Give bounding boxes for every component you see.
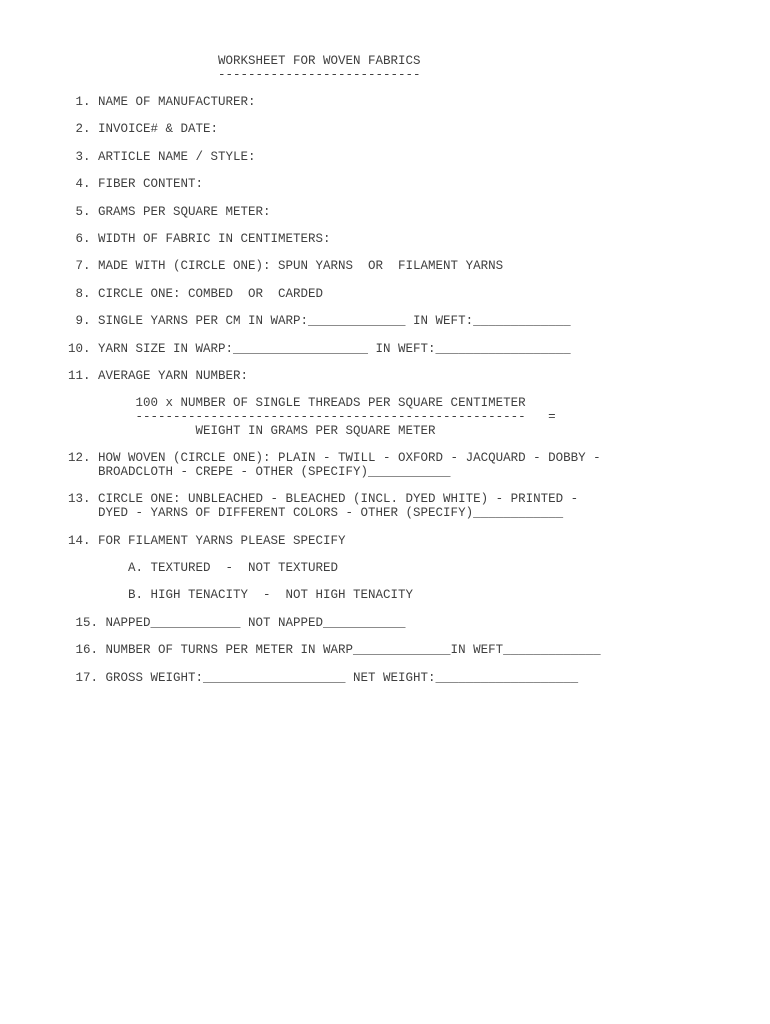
document-page: WORKSHEET FOR WOVEN FABRICS ------------… — [0, 0, 770, 1024]
document-body-text: 1. NAME OF MANUFACTURER: 2. INVOICE# & D… — [68, 96, 601, 685]
page-title: WORKSHEET FOR WOVEN FABRICS ------------… — [68, 55, 421, 82]
